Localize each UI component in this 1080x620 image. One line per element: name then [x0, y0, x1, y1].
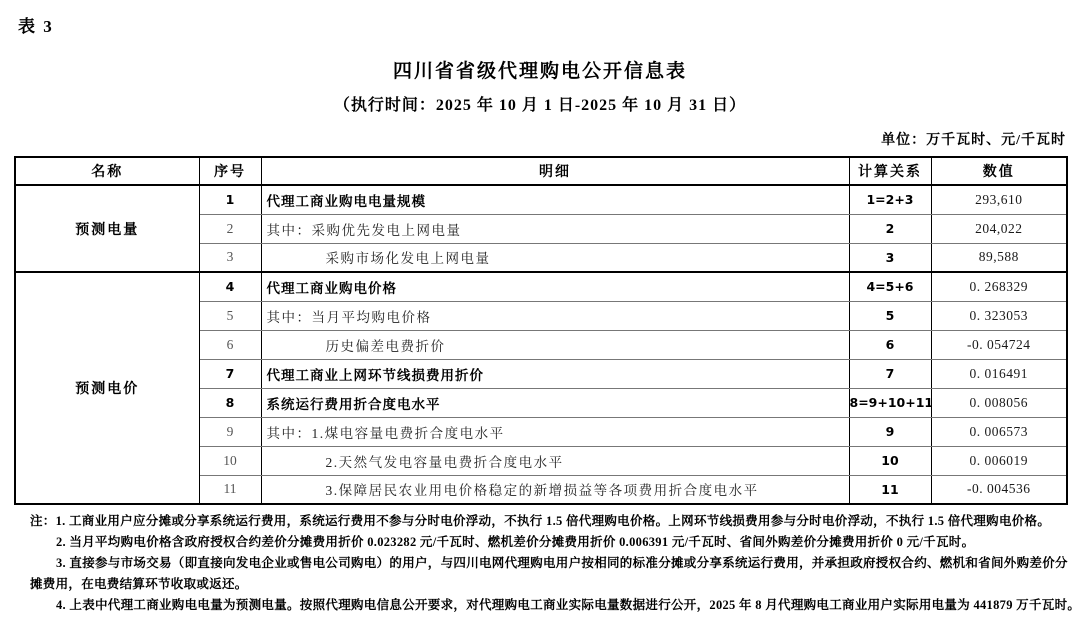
value-cell: 293,610 [931, 185, 1067, 214]
value-cell: -0. 054724 [931, 330, 1067, 359]
row-number-cell: 11 [199, 475, 261, 504]
row-number-cell: 6 [199, 330, 261, 359]
document-page: 表 3 四川省省级代理购电公开信息表 （执行时间：2025 年 10 月 1 日… [0, 0, 1080, 620]
footnote-line: 摊费用，在电费结算环节收取或返还。 [30, 574, 1070, 595]
header-detail: 明细 [261, 157, 849, 185]
relation-cell: 4=5+6 [849, 272, 931, 301]
value-cell: 0. 268329 [931, 272, 1067, 301]
page-title: 四川省省级代理购电公开信息表 [0, 56, 1080, 83]
unit-label: 单位：万千瓦时、元/千瓦时 [881, 129, 1066, 149]
relation-cell: 9 [849, 417, 931, 446]
table-body: 预测电量1代理工商业购电电量规模1=2+3293,6102其中：采购优先发电上网… [15, 185, 1067, 504]
value-cell: -0. 004536 [931, 475, 1067, 504]
detail-cell: 历史偏差电费折价 [261, 330, 849, 359]
row-number-cell: 2 [199, 214, 261, 243]
value-cell: 0. 006573 [931, 417, 1067, 446]
header-value: 数值 [931, 157, 1067, 185]
footnote-line: 3. 直接参与市场交易（即直接向发电企业或售电公司购电）的用户，与四川电网代理购… [30, 553, 1070, 574]
detail-cell: 其中：1.煤电容量电费折合度电水平 [261, 417, 849, 446]
row-number-cell: 3 [199, 243, 261, 272]
detail-cell: 系统运行费用折合度电水平 [261, 388, 849, 417]
relation-cell: 3 [849, 243, 931, 272]
row-number-cell: 10 [199, 446, 261, 475]
table-number-label: 表 3 [18, 12, 54, 37]
detail-cell: 代理工商业购电价格 [261, 272, 849, 301]
header-row: 名称 序号 明细 计算关系 数值 [15, 157, 1067, 185]
detail-cell: 其中：采购优先发电上网电量 [261, 214, 849, 243]
row-number-cell: 4 [199, 272, 261, 301]
category-cell: 预测电量 [15, 185, 199, 272]
value-cell: 0. 323053 [931, 301, 1067, 330]
detail-cell: 其中：当月平均购电价格 [261, 301, 849, 330]
execution-period: （执行时间：2025 年 10 月 1 日-2025 年 10 月 31 日） [0, 92, 1080, 115]
detail-cell: 2.天然气发电容量电费折合度电水平 [261, 446, 849, 475]
relation-cell: 5 [849, 301, 931, 330]
info-table: 名称 序号 明细 计算关系 数值 预测电量1代理工商业购电电量规模1=2+329… [14, 156, 1068, 505]
table-container: 名称 序号 明细 计算关系 数值 预测电量1代理工商业购电电量规模1=2+329… [14, 156, 1068, 505]
row-number-cell: 7 [199, 359, 261, 388]
value-cell: 0. 016491 [931, 359, 1067, 388]
table-row: 预测电价4代理工商业购电价格4=5+60. 268329 [15, 272, 1067, 301]
relation-cell: 2 [849, 214, 931, 243]
relation-cell: 1=2+3 [849, 185, 931, 214]
relation-cell: 6 [849, 330, 931, 359]
row-number-cell: 1 [199, 185, 261, 214]
value-cell: 0. 008056 [931, 388, 1067, 417]
footnote-line: 2. 当月平均购电价格含政府授权合约差价分摊费用折价 0.023282 元/千瓦… [30, 532, 1070, 553]
detail-cell: 代理工商业上网环节线损费用折价 [261, 359, 849, 388]
detail-cell: 3.保障居民农业用电价格稳定的新增损益等各项费用折合度电水平 [261, 475, 849, 504]
category-cell: 预测电价 [15, 272, 199, 504]
table-row: 预测电量1代理工商业购电电量规模1=2+3293,610 [15, 185, 1067, 214]
value-cell: 89,588 [931, 243, 1067, 272]
relation-cell: 7 [849, 359, 931, 388]
relation-cell: 11 [849, 475, 931, 504]
row-number-cell: 8 [199, 388, 261, 417]
footnote-line: 注：1. 工商业用户应分摊或分享系统运行费用，系统运行费用不参与分时电价浮动，不… [30, 511, 1070, 532]
footnotes: 注：1. 工商业用户应分摊或分享系统运行费用，系统运行费用不参与分时电价浮动，不… [30, 511, 1070, 616]
row-number-cell: 5 [199, 301, 261, 330]
header-no: 序号 [199, 157, 261, 185]
detail-cell: 代理工商业购电电量规模 [261, 185, 849, 214]
value-cell: 204,022 [931, 214, 1067, 243]
relation-cell: 10 [849, 446, 931, 475]
header-relation: 计算关系 [849, 157, 931, 185]
value-cell: 0. 006019 [931, 446, 1067, 475]
detail-cell: 采购市场化发电上网电量 [261, 243, 849, 272]
footnote-line: 4. 上表中代理工商业购电电量为预测电量。按照代理购电信息公开要求，对代理购电工… [30, 595, 1070, 616]
row-number-cell: 9 [199, 417, 261, 446]
header-name: 名称 [15, 157, 199, 185]
relation-cell: 8=9+10+11 [849, 388, 931, 417]
